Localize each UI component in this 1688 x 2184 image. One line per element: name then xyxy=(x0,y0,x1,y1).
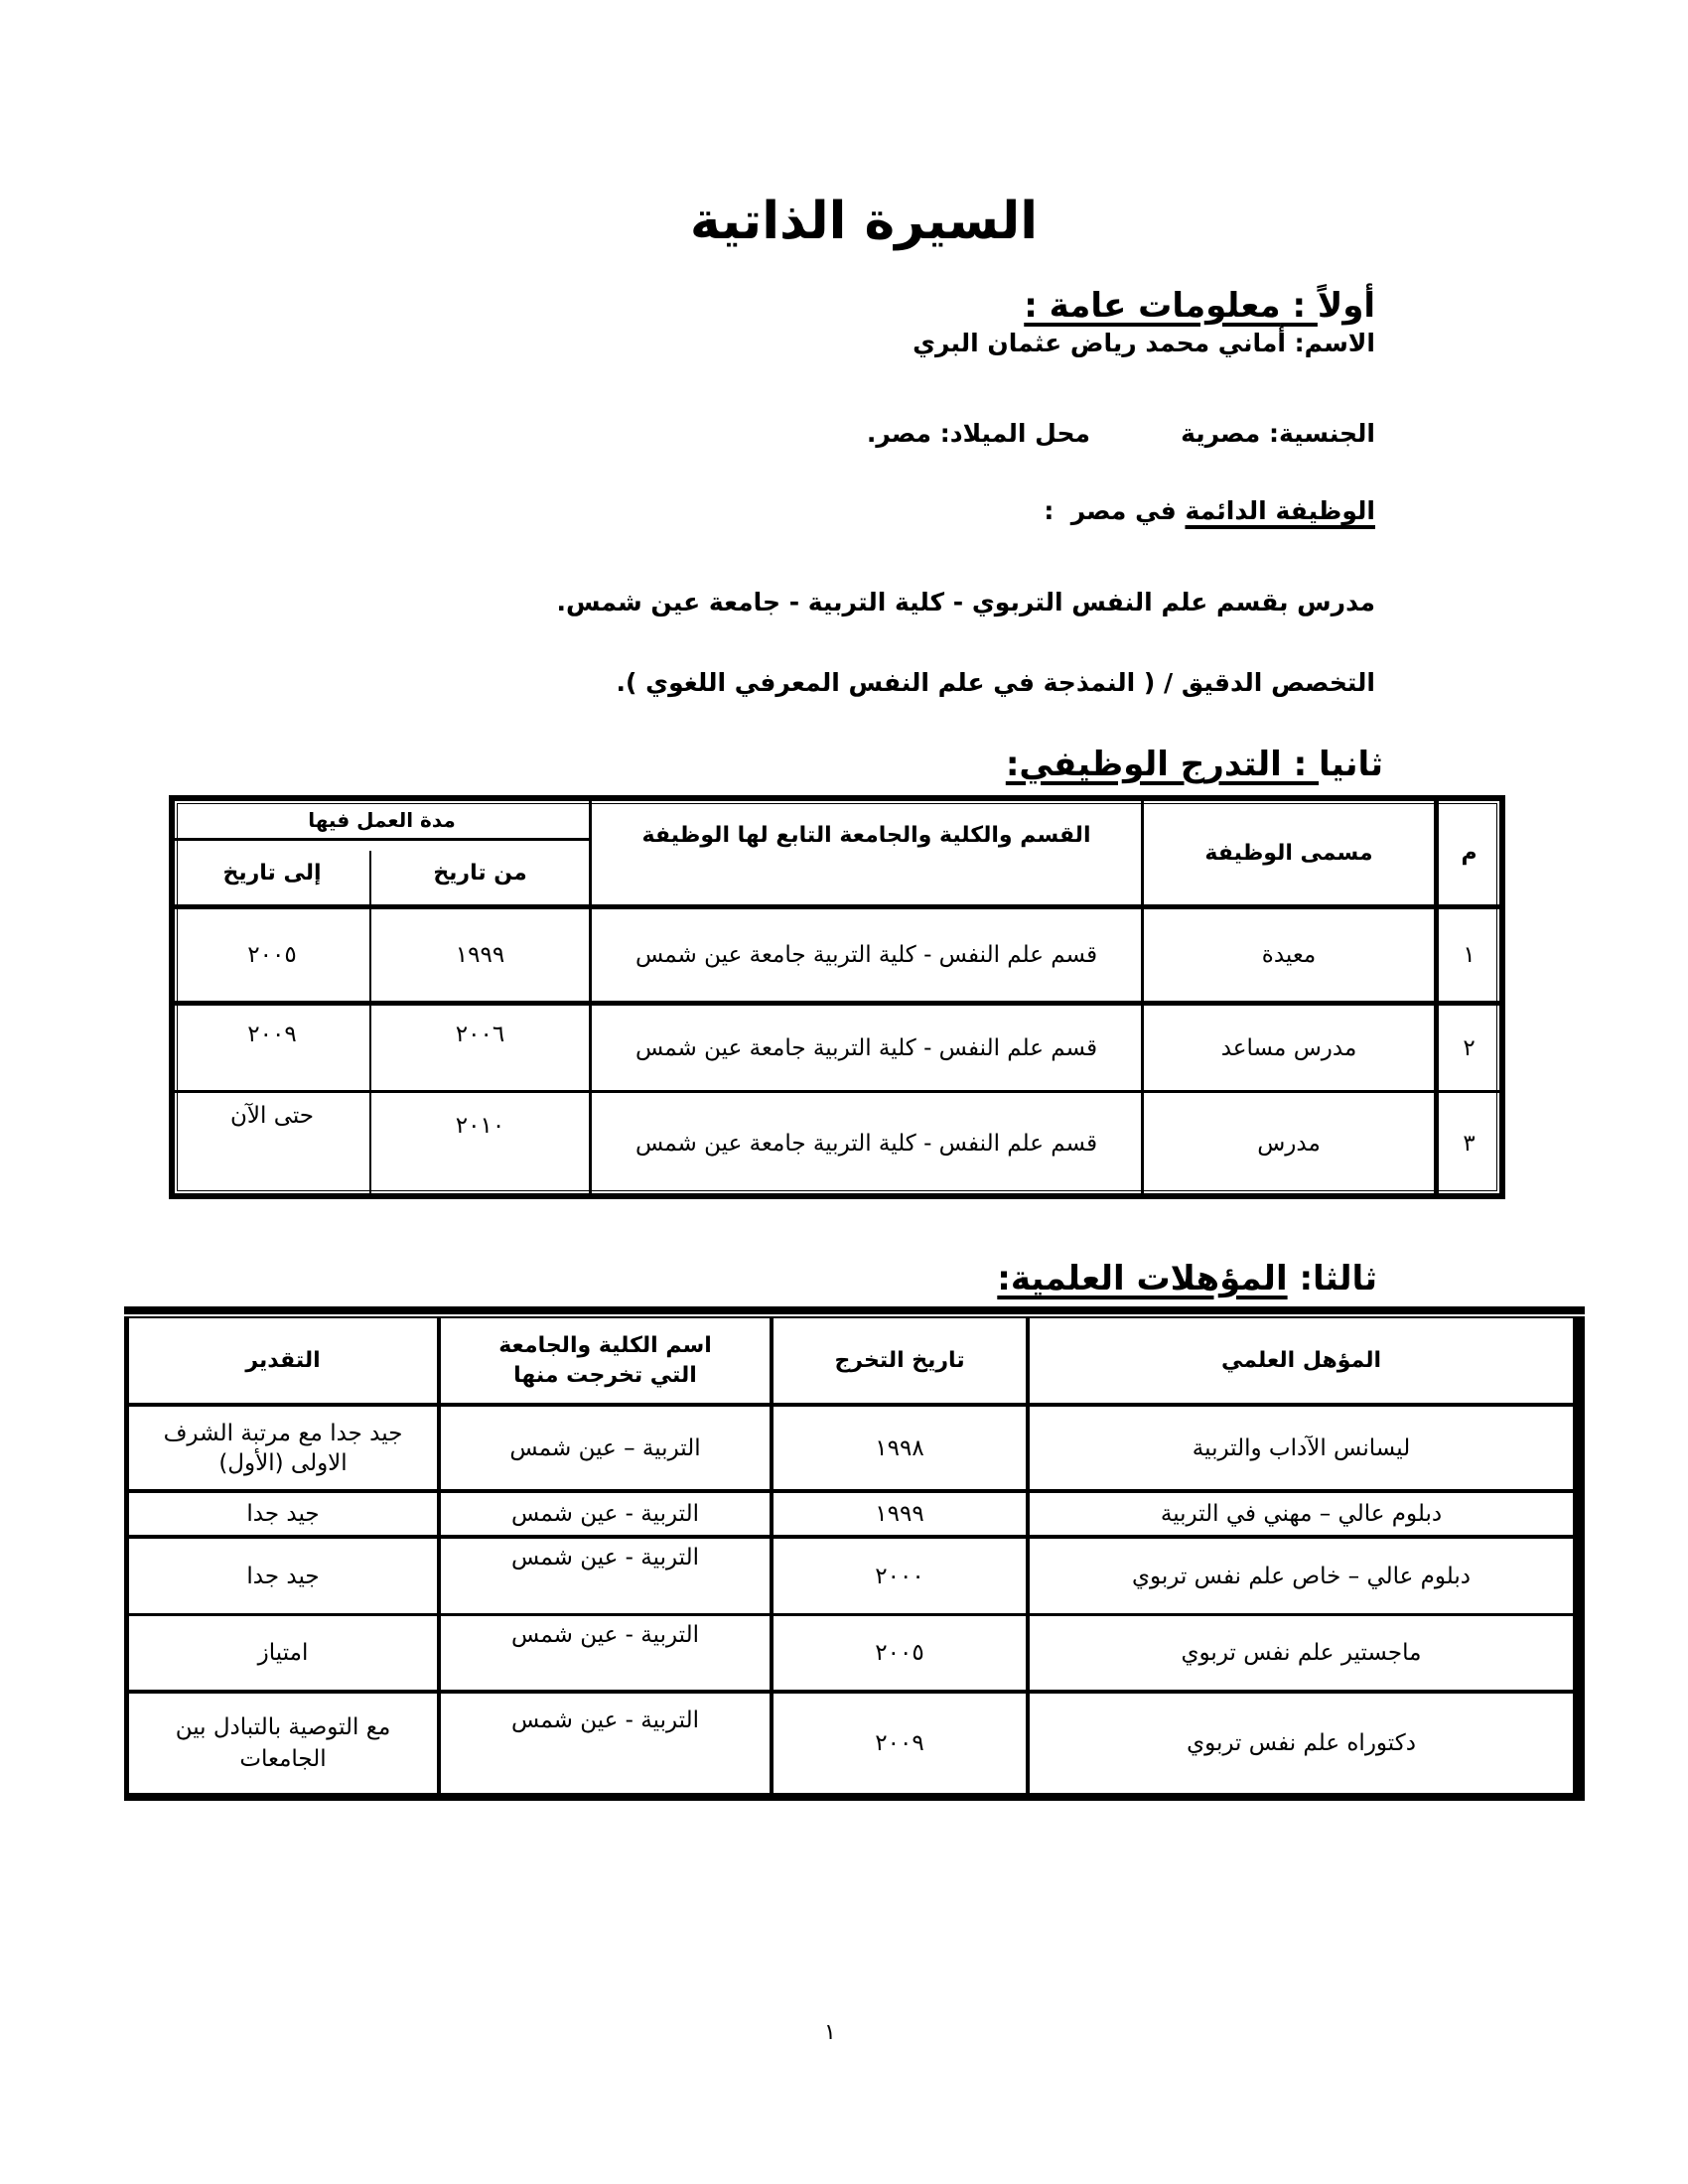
qual-row2-qualification: دبلوم عالي – مهني في التربية xyxy=(1030,1493,1573,1535)
qual-row3-qualification: دبلوم عالي – خاص علم نفس تربوي xyxy=(1030,1539,1573,1613)
qualifications-table: المؤهل العلمي تاريخ التخرج اسم الكلية وا… xyxy=(124,1306,1585,1801)
qual-row5-grade: مع التوصية بالتبادل بين الجامعات xyxy=(129,1694,437,1793)
header-num: م xyxy=(1439,801,1499,904)
row1-department: قسم علم النفس - كلية التربية جامعة عين ش… xyxy=(612,909,1121,1001)
qual-row1-graduation-date: ١٩٩٨ xyxy=(774,1407,1026,1489)
specialization-label: التخصص الدقيق / xyxy=(1164,668,1375,697)
section1-heading-sep: : xyxy=(1281,286,1318,326)
header-duration: مدة العمل فيها xyxy=(175,801,589,838)
qual-row5-graduation-date: ٢٠٠٩ xyxy=(774,1694,1026,1793)
qual-row1-institution: التربية – عين شمس xyxy=(441,1407,770,1489)
row3-to-date: حتى الآن xyxy=(175,1093,369,1193)
qual-row4-institution: التربية - عين شمس xyxy=(441,1616,770,1690)
qual-row3-institution: التربية - عين شمس xyxy=(441,1539,770,1613)
section3-heading-prefix: ثالثا: xyxy=(1288,1259,1377,1298)
qual-row5-qualification: دكتوراه علم نفس تربوي xyxy=(1030,1694,1573,1793)
section3-heading: ثالثا: المؤهلات العلمية: xyxy=(997,1257,1377,1300)
row1-from-date: ١٩٩٩ xyxy=(371,909,589,1001)
qual-row3-graduation-date: ٢٠٠٠ xyxy=(774,1539,1026,1613)
header-institution: اسم الكلية والجامعة التي تخرجت منها xyxy=(441,1318,770,1403)
name-line: الاسم: أماني محمد رياض عثمان البري xyxy=(913,326,1375,361)
birthplace-line: محل الميلاد: مصر. xyxy=(867,416,1090,452)
qual-row4-grade: امتياز xyxy=(129,1616,437,1690)
qual-row4-qualification: ماجستير علم نفس تربوي xyxy=(1030,1616,1573,1690)
row1-job-title: معيدة xyxy=(1144,909,1434,1001)
birthplace-label: محل الميلاد: xyxy=(940,419,1090,448)
nationality-line: الجنسية: مصرية xyxy=(1181,416,1375,452)
specialization-value: ( النمذجة في علم النفس المعرفي اللغوي ). xyxy=(617,668,1156,697)
section1-heading: أولاً : معلومات عامة : xyxy=(1024,284,1375,328)
section3-heading-label: المؤهلات العلمية: xyxy=(997,1259,1287,1298)
row3-department: قسم علم النفس - كلية التربية جامعة عين ش… xyxy=(612,1093,1121,1193)
permanent-job-label-rest: في مصر xyxy=(1071,496,1186,525)
header-department: القسم والكلية والجامعة التابع لها الوظيف… xyxy=(592,801,1141,904)
header-graduation-date: تاريخ التخرج xyxy=(774,1318,1026,1403)
qual-row1-grade: جيد جدا مع مرتبة الشرف الاولى (الأول) xyxy=(129,1407,437,1489)
section1-heading-label: : معلومات عامة : xyxy=(1024,286,1318,326)
permanent-job-label: الوظيفة الدائمة xyxy=(1185,496,1375,525)
name-value: أماني محمد رياض عثمان البري xyxy=(913,329,1286,357)
section2-heading-prefix: ثانيا xyxy=(1319,745,1383,784)
row1-num: ١ xyxy=(1439,909,1499,1001)
nationality-value: مصرية xyxy=(1181,419,1260,448)
permanent-job-heading: الوظيفة الدائمة في مصر : xyxy=(1044,493,1375,529)
header-qualification: المؤهل العلمي xyxy=(1030,1318,1573,1403)
row3-from-date: ٢٠١٠ xyxy=(371,1093,589,1193)
qual-row1-qualification: ليسانس الآداب والتربية xyxy=(1030,1407,1573,1489)
nationality-label: الجنسية: xyxy=(1269,419,1375,448)
qual-row2-graduation-date: ١٩٩٩ xyxy=(774,1493,1026,1535)
page-number: ١ xyxy=(824,2020,836,2045)
section1-heading-text: معلومات عامة : xyxy=(1024,286,1280,326)
row3-num: ٣ xyxy=(1439,1093,1499,1193)
header-from-date: من تاريخ xyxy=(371,841,589,904)
qual-row3-grade: جيد جدا xyxy=(129,1539,437,1613)
row2-job-title: مدرس مساعد xyxy=(1144,1006,1434,1090)
header-grade: التقدير xyxy=(129,1318,437,1403)
name-label: الاسم: xyxy=(1295,329,1375,357)
qual-row4-graduation-date: ٢٠٠٥ xyxy=(774,1616,1026,1690)
qual-row2-institution: التربية - عين شمس xyxy=(441,1493,770,1535)
row1-to-date: ٢٠٠٥ xyxy=(175,909,369,1001)
specialization-line: التخصص الدقيق / ( النمذجة في علم النفس ا… xyxy=(617,665,1375,701)
header-to-date: إلى تاريخ xyxy=(175,841,369,904)
permanent-job-value: مدرس بقسم علم النفس التربوي - كلية الترب… xyxy=(557,585,1376,620)
row2-num: ٢ xyxy=(1439,1006,1499,1090)
birthplace-value: مصر. xyxy=(867,419,931,448)
section2-heading-label: : التدرج الوظيفي: xyxy=(1006,745,1319,784)
row2-department: قسم علم النفس - كلية التربية جامعة عين ش… xyxy=(612,1006,1121,1090)
header-job-title: مسمى الوظيفة xyxy=(1144,801,1434,904)
qual-row5-institution: التربية - عين شمس xyxy=(441,1694,770,1793)
document-title: السيرة الذاتية xyxy=(675,187,1053,256)
row2-to-date: ٢٠٠٩ xyxy=(175,1006,369,1090)
row2-from-date: ٢٠٠٦ xyxy=(371,1006,589,1090)
permanent-job-colon: : xyxy=(1044,496,1054,525)
qual-row2-grade: جيد جدا xyxy=(129,1493,437,1535)
section2-heading: ثانيا : التدرج الوظيفي: xyxy=(1006,743,1383,786)
career-table: م مسمى الوظيفة القسم والكلية والجامعة ال… xyxy=(169,795,1505,1199)
row3-job-title: مدرس xyxy=(1144,1093,1434,1193)
section1-heading-prefix: أولاً xyxy=(1318,286,1375,326)
